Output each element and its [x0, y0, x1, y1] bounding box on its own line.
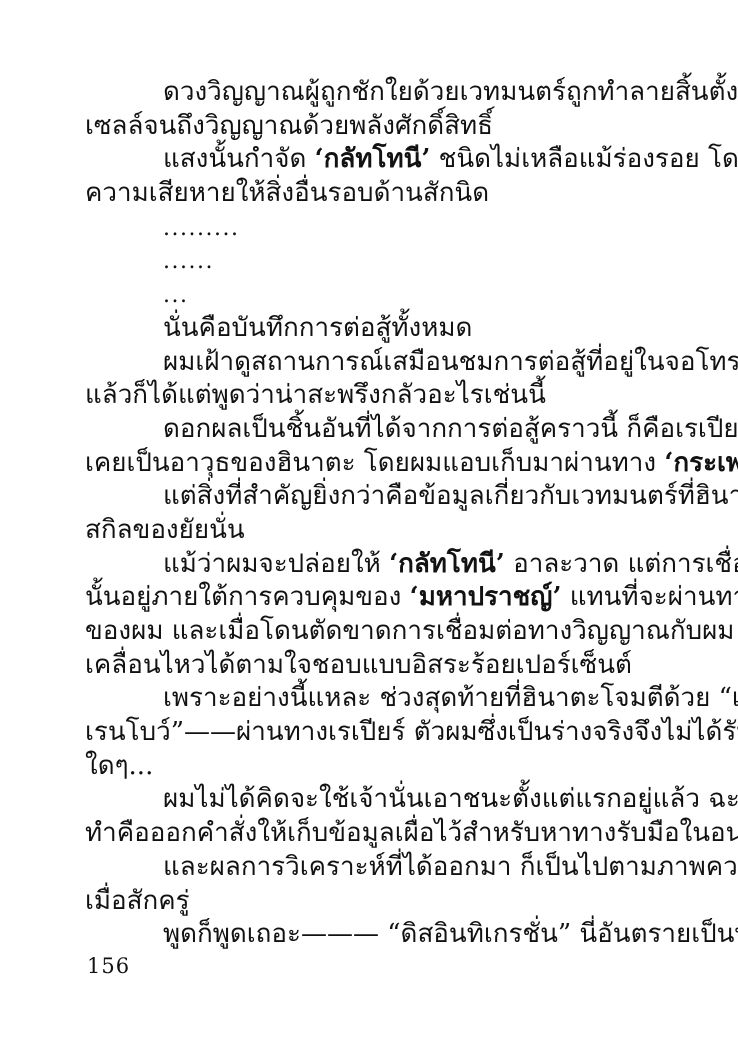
text-run: ใดๆ... [85, 751, 153, 781]
text-line: สกิลของยัยนั่น [85, 514, 663, 548]
bold-term: ‘กระเพาะ’ [664, 448, 738, 478]
text-line: แม้ว่าผมจะปล่อยให้ ‘กลัทโทนี’ อาละวาด แต… [85, 548, 663, 582]
body-text: ดวงวิญญาณผู้ถูกชักใยด้วยเวทมนตร์ถูกทำลาย… [85, 76, 663, 952]
ellipsis-dots: ... [163, 283, 188, 308]
ellipsis-line: ...... [85, 244, 663, 278]
text-run: แม้ว่าผมจะปล่อยให้ [163, 549, 389, 579]
text-run: แต่สิ่งที่สำคัญยิ่งกว่าคือข้อมูลเกี่ยวกั… [163, 481, 738, 511]
text-run: ดอกผลเป็นชิ้นอันที่ได้จากการต่อสู้คราวนี… [163, 414, 738, 444]
ellipsis-dots: ......... [163, 216, 239, 241]
text-run: ทำคือออกคำสั่งให้เก็บข้อมูลเผื่อไว้สำหรั… [85, 818, 738, 848]
text-run: ของผม และเมื่อโดนตัดขาดการเชื่อมต่อทางวิ… [85, 616, 738, 646]
text-line: ของผม และเมื่อโดนตัดขาดการเชื่อมต่อทางวิ… [85, 615, 663, 649]
text-line: เรนโบว์”——ผ่านทางเรเปียร์ ตัวผมซึ่งเป็นร… [85, 716, 663, 750]
text-run: นั่นคือบันทึกการต่อสู้ทั้งหมด [163, 313, 472, 343]
text-run: พูดก็พูดเถอะ——— “ดิสอินทิเกรชั่น” นี่อัน… [163, 919, 738, 949]
bold-term: ‘มหาปราชญ์’ [410, 582, 562, 612]
ellipsis-line: ... [85, 278, 663, 312]
bold-term: ‘กลัทโทนี’ [315, 144, 431, 174]
text-line: นั้นอยู่ภายใต้การควบคุมของ ‘มหาปราชญ์’ แ… [85, 581, 663, 615]
text-run: แสงนั้นกำจัด [163, 144, 315, 174]
text-run: เคยเป็นอาวุธของฮินาตะ โดยผมแอบเก็บมาผ่าน… [85, 448, 664, 478]
text-line: เพราะอย่างนี้แหละ ช่วงสุดท้ายที่ฮินาตะโจ… [85, 682, 663, 716]
text-run: เซลล์จนถึงวิญญาณด้วยพลังศักดิ์สิทธิ์ [85, 111, 493, 141]
text-line: ความเสียหายให้สิ่งอื่นรอบด้านสักนิด [85, 177, 663, 211]
text-run: ความเสียหายให้สิ่งอื่นรอบด้านสักนิด [85, 178, 489, 208]
text-run: แล้วก็ได้แต่พูดว่าน่าสะพรึงกลัวอะไรเช่นน… [85, 380, 546, 410]
text-line: ใดๆ... [85, 750, 663, 784]
text-line: ทำคือออกคำสั่งให้เก็บข้อมูลเผื่อไว้สำหรั… [85, 817, 663, 851]
text-run: ผมเฝ้าดูสถานการณ์เสมือนชมการต่อสู้ที่อยู… [163, 347, 738, 377]
text-line: เคยเป็นอาวุธของฮินาตะ โดยผมแอบเก็บมาผ่าน… [85, 447, 663, 481]
text-line: แต่สิ่งที่สำคัญยิ่งกว่าคือข้อมูลเกี่ยวกั… [85, 480, 663, 514]
ellipsis-line: ......... [85, 211, 663, 245]
text-line: ดวงวิญญาณผู้ถูกชักใยด้วยเวทมนตร์ถูกทำลาย… [85, 76, 663, 110]
text-run: นั้นอยู่ภายใต้การควบคุมของ [85, 582, 410, 612]
text-run: เมื่อสักครู่ [85, 886, 190, 916]
text-line: ผมไม่ได้คิดจะใช้เจ้านั่นเอาชนะตั้งแต่แรก… [85, 783, 663, 817]
text-line: เซลล์จนถึงวิญญาณด้วยพลังศักดิ์สิทธิ์ [85, 110, 663, 144]
text-line: นั่นคือบันทึกการต่อสู้ทั้งหมด [85, 312, 663, 346]
ellipsis-dots: ...... [163, 249, 214, 274]
text-run: เพราะอย่างนี้แหละ ช่วงสุดท้ายที่ฮินาตะโจ… [163, 683, 738, 713]
book-page: ดวงวิญญาณผู้ถูกชักใยด้วยเวทมนตร์ถูกทำลาย… [0, 0, 738, 1051]
text-run: สกิลของยัยนั่น [85, 515, 245, 545]
text-line: ผมเฝ้าดูสถานการณ์เสมือนชมการต่อสู้ที่อยู… [85, 346, 663, 380]
text-run: ผมไม่ได้คิดจะใช้เจ้านั่นเอาชนะตั้งแต่แรก… [163, 784, 738, 814]
text-run: เคลื่อนไหวได้ตามใจชอบแบบอิสระร้อยเปอร์เซ… [85, 650, 632, 680]
page-number: 156 [87, 951, 130, 981]
text-run: และผลการวิเคราะห์ที่ได้ออกมา ก็เป็นไปตาม… [163, 852, 738, 882]
text-line: แสงนั้นกำจัด ‘กลัทโทนี’ ชนิดไม่เหลือแม้ร… [85, 143, 663, 177]
text-run: อาละวาด แต่การเชื่อมต่อข้อมูล [505, 549, 738, 579]
text-run: ดวงวิญญาณผู้ถูกชักใยด้วยเวทมนตร์ถูกทำลาย… [163, 77, 738, 107]
text-line: ดอกผลเป็นชิ้นอันที่ได้จากการต่อสู้คราวนี… [85, 413, 663, 447]
text-line: พูดก็พูดเถอะ——— “ดิสอินทิเกรชั่น” นี่อัน… [85, 918, 663, 952]
text-run: แทนที่จะผ่านทางวิญญาณ [562, 582, 738, 612]
bold-term: ‘กลัทโทนี’ [389, 549, 505, 579]
text-line: แล้วก็ได้แต่พูดว่าน่าสะพรึงกลัวอะไรเช่นน… [85, 379, 663, 413]
text-line: และผลการวิเคราะห์ที่ได้ออกมา ก็เป็นไปตาม… [85, 851, 663, 885]
text-run: ชนิดไม่เหลือแม้ร่องรอย โดยไม่สร้าง [430, 144, 738, 174]
text-line: เคลื่อนไหวได้ตามใจชอบแบบอิสระร้อยเปอร์เซ… [85, 649, 663, 683]
text-run: เรนโบว์”——ผ่านทางเรเปียร์ ตัวผมซึ่งเป็นร… [85, 717, 738, 747]
text-line: เมื่อสักครู่ [85, 885, 663, 919]
